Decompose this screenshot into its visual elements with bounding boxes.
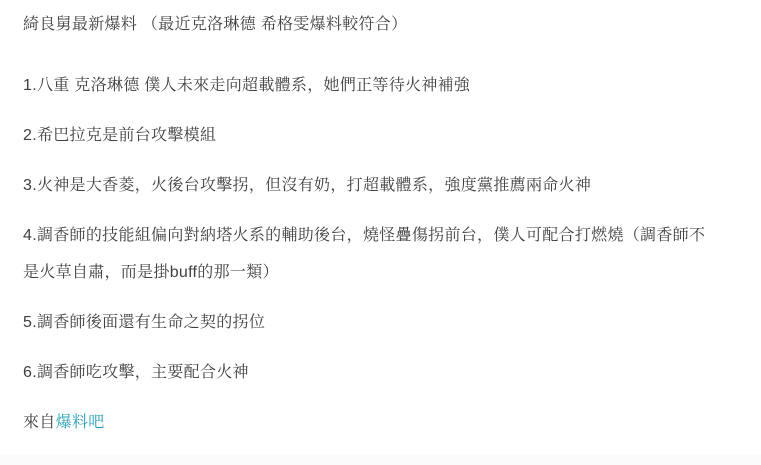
leak-item-3: 3.火神是大香菱，火後台攻擊拐，但沒有奶，打超載體系，強度黨推薦兩命火神 — [23, 167, 710, 204]
post-title: 綺良舅最新爆料 （最近克洛琳德 希格雯爆料較符合） — [23, 6, 710, 43]
source-line: 來自爆料吧 — [23, 404, 710, 441]
leak-item-4: 4.調香師的技能組偏向對納塔火系的輔助後台，燒怪疊傷拐前台，僕人可配合打燃燒（調… — [23, 217, 710, 291]
leak-item-6: 6.調香師吃攻擊，主要配合火神 — [23, 354, 710, 391]
content-bottom-edge — [0, 455, 761, 465]
source-link[interactable]: 爆料吧 — [56, 414, 105, 431]
leak-item-1: 1.八重 克洛琳德 僕人未來走向超載體系，她們正等待火神補強 — [23, 67, 710, 104]
leak-item-2: 2.希巴拉克是前台攻擊模組 — [23, 117, 710, 154]
post-content: 綺良舅最新爆料 （最近克洛琳德 希格雯爆料較符合） 1.八重 克洛琳德 僕人未來… — [0, 0, 736, 441]
source-prefix: 來自 — [23, 414, 56, 431]
leak-item-5: 5.調香師後面還有生命之契的拐位 — [23, 304, 710, 341]
post-page: 綺良舅最新爆料 （最近克洛琳德 希格雯爆料較符合） 1.八重 克洛琳德 僕人未來… — [0, 0, 761, 465]
